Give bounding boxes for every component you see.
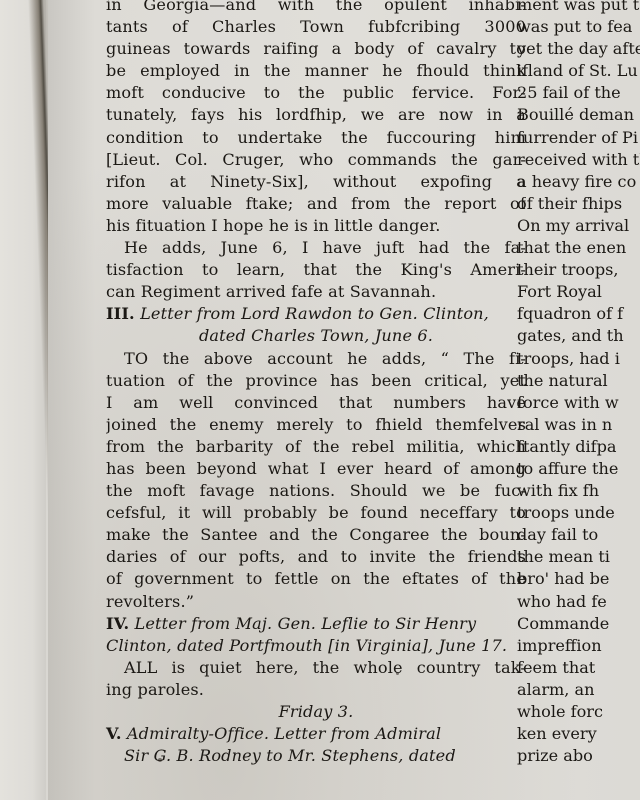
text-fragment: bro' had be [517,568,640,590]
text-fragment: Fort Royal [517,281,640,303]
left-column: in Georgia—and with the opulent inhabi- … [106,0,526,767]
text-line: in Georgia—and with the opulent inhabi- [106,0,526,16]
text-fragment: Bouillé deman [517,104,640,126]
text-fragment: with fix fh [517,480,640,502]
text-line: condition to undertake the fuccouring hi… [106,127,526,149]
text-line: He adds, June 6, I have juft had the fa- [106,237,526,259]
text-fragment: troops, had i [517,348,640,370]
text-fragment: ral was in n [517,414,640,436]
text-line: his fituation I hope he is in little dan… [106,215,526,237]
text-fragment: gates, and th [517,325,640,347]
text-fragment: ftantly difpa [517,436,640,458]
text-fragment: their troops, [517,259,640,281]
text-fragment: ken every [517,723,640,745]
newspaper-page: in Georgia—and with the opulent inhabi- … [48,0,640,800]
section-dateline: Clinton, dated Portfmouth [in Virginia],… [106,635,526,657]
text-fragment: 25 fail of the [517,82,640,104]
text-line: can Regiment arrived fafe at Savannah. [106,281,526,303]
text-line: tisfaction to learn, that the King's Ame… [106,259,526,281]
section-heading-V: V. Admiralty-Office. Letter from Admiral [106,723,526,745]
section-title: Admiralty-Office. Letter from Admiral [127,724,441,743]
text-fragment: troops unde [517,502,640,524]
text-fragment: who had fe [517,591,640,613]
text-line: ing paroles. [106,679,526,701]
text-line: be employed in the manner he fhould thin… [106,60,526,82]
section-title: Letter from Lord Rawdon to Gen. Clinton, [140,304,489,323]
text-line: joined the enemy merely to fhield themfe… [106,414,526,436]
text-line: more valuable ftake; and from the report… [106,193,526,215]
section-numeral: IV. [106,614,129,633]
text-fragment: of their fhips [517,193,640,215]
right-column-cropped: ment was put to fea was put to fea yet t… [517,0,640,767]
text-fragment: furrender of Pi [517,127,640,149]
text-line: [Lieut. Col. Cruger, who commands the ga… [106,149,526,171]
section-numeral: V. [106,724,122,743]
text-fragment: was put to fea [517,16,640,38]
text-fragment: prize abo [517,745,640,767]
text-fragment: a heavy fire co [517,171,640,193]
text-fragment: yet the day afte [517,38,640,60]
text-line: TO the above account he adds, “ The fi- [106,348,526,370]
text-line: make the Santee and the Congaree the bou… [106,524,526,546]
text-fragment: to affure the [517,458,640,480]
text-line: from the barbarity of the rebel militia,… [106,436,526,458]
ink-speck [158,758,162,762]
section-heading-IV: IV. Letter from Maj. Gen. Leflie to Sir … [106,613,526,635]
section-numeral: III. [106,304,135,323]
text-fragment: fquadron of f [517,303,640,325]
text-fragment: force with w [517,392,640,414]
text-fragment: Commande [517,613,640,635]
text-line: of government to fettle on the eftates o… [106,568,526,590]
text-line: I am well convinced that numbers have [106,392,526,414]
text-fragment: that the enen [517,237,640,259]
text-fragment: whole forc [517,701,640,723]
text-line: daries of our pofts, and to invite the f… [106,546,526,568]
text-line: tants of Charles Town fubfcribing 3000 [106,16,526,38]
text-fragment: On my arrival [517,215,640,237]
text-line: guineas towards raifing a body of cavalr… [106,38,526,60]
text-fragment: day fail to [517,524,640,546]
section-title: Letter from Maj. Gen. Leflie to Sir Henr… [135,614,477,633]
text-fragment: ment was put to fea [517,0,640,16]
text-line: the moft favage nations. Should we be fu… [106,480,526,502]
text-line: rifon at Ninety-Six], without expofing a [106,171,526,193]
text-line: has been beyond what I ever heard of amo… [106,458,526,480]
section-dateline: dated Charles Town, June 6. [106,325,526,347]
text-fragment: received with th [517,149,640,171]
ink-speck [396,672,399,675]
text-line: cefsful, it will probably be found necef… [106,502,526,524]
text-line: moft conducive to the public fervice. Fo… [106,82,526,104]
text-line: tuation of the province has been critica… [106,370,526,392]
text-fragment: the natural [517,370,640,392]
section-heading-III: III. Letter from Lord Rawdon to Gen. Cli… [106,303,526,325]
text-fragment: impreffion [517,635,640,657]
text-line: ALL is quiet here, the whole country tak… [106,657,526,679]
text-fragment: ifland of St. Lu [517,60,640,82]
text-fragment: the mean ti [517,546,640,568]
dateline-friday: Friday 3. [106,701,526,723]
section-subtitle: Sir G. B. Rodney to Mr. Stephens, dated [106,745,526,767]
text-fragment: feem that [517,657,640,679]
text-line: revolters.” [106,591,526,613]
text-fragment: alarm, an [517,679,640,701]
text-line: tunately, fays his lordfhip, we are now … [106,104,526,126]
